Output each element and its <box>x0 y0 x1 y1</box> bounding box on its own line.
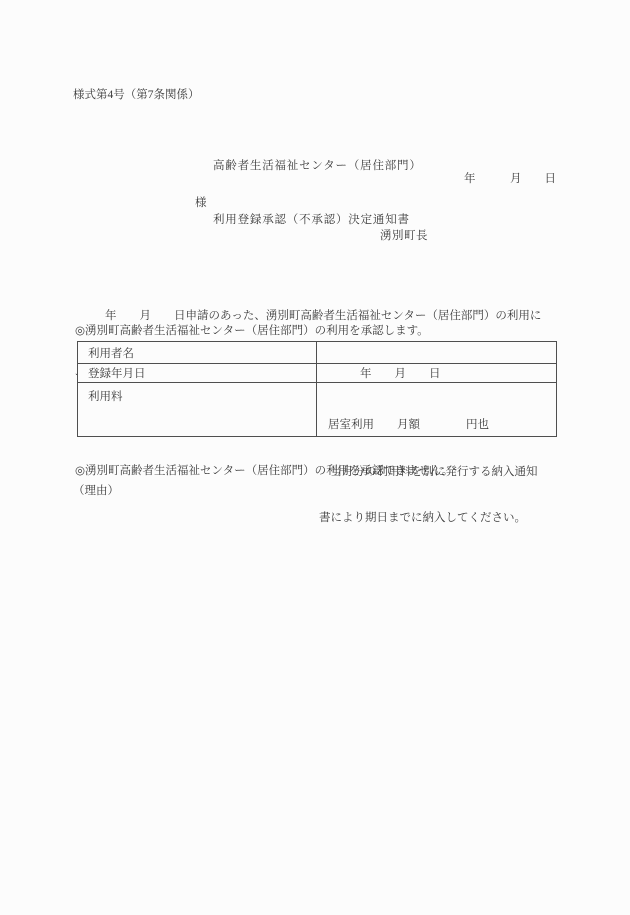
document-page: 様式第4号（第7条関係） 高齢者生活福祉センター（居住部門） 利用登録承認（不承… <box>0 0 630 915</box>
denial-heading: ◎湧別町高齢者生活福祉センター（居住部門）の利用を承認できません。 <box>75 462 453 478</box>
form-number: 様式第4号（第7条関係） <box>73 86 200 102</box>
table-row-registration-date: 登録年月日 年 月 日 <box>78 363 556 382</box>
issue-date-blank: 年 月 日 <box>464 170 556 186</box>
table-label-registration-date: 登録年月日 <box>78 364 317 382</box>
table-row-fee: 利用料 居室利用 月額 円也 当月分の利用料を別に発行する納入通知 書により期日… <box>78 382 556 436</box>
table-row-user-name: 利用者名 <box>78 342 556 363</box>
table-label-fee: 利用料 <box>78 383 317 436</box>
table-value-user-name <box>317 342 556 363</box>
document-title: 高齢者生活福祉センター（居住部門） 利用登録承認（不承認）決定通知書 <box>213 121 422 265</box>
fee-note-line2: 書により期日までに納入してください。 <box>319 511 554 527</box>
addressee-honorific: 様 <box>195 194 207 210</box>
reason-label: （理由） <box>73 482 119 498</box>
document-title-line1: 高齢者生活福祉センター（居住部門） <box>213 157 422 175</box>
sender-name: 湧別町長 <box>380 227 428 243</box>
table-value-registration-date: 年 月 日 <box>317 364 556 382</box>
fee-amount-line: 居室利用 月額 円也 <box>319 418 554 434</box>
approval-heading: ◎湧別町高齢者生活福祉センター（居住部門）の利用を承認します。 <box>75 322 429 338</box>
approval-detail-table: 利用者名 登録年月日 年 月 日 利用料 居室利用 月額 円也 当月分の利用料を… <box>77 341 557 437</box>
table-value-fee: 居室利用 月額 円也 当月分の利用料を別に発行する納入通知 書により期日までに納… <box>317 383 556 436</box>
table-label-user-name: 利用者名 <box>78 342 317 363</box>
